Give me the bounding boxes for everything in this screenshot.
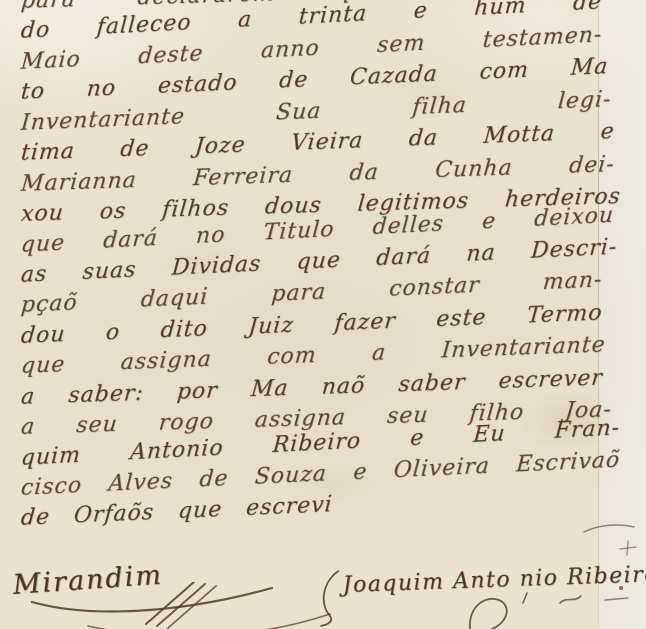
- word: que: [20, 355, 66, 379]
- word: da: [408, 128, 439, 151]
- word: filha: [411, 95, 467, 119]
- word: Termo: [526, 303, 603, 328]
- word: a: [20, 387, 36, 410]
- signature-right-name: Joaquim Anto nio Ribeiro: [342, 554, 646, 598]
- word: deste: [137, 44, 204, 69]
- word: sem: [376, 33, 426, 57]
- word: Cunha: [434, 158, 513, 183]
- word: delles: [372, 213, 445, 239]
- word: Ma: [250, 378, 290, 401]
- word: quim: [20, 445, 82, 470]
- signature-left: Mirandim: [12, 560, 164, 601]
- word: Ribeiro: [272, 431, 362, 458]
- word: Joze: [194, 135, 247, 159]
- word: man-: [542, 270, 603, 295]
- word: tima: [20, 142, 76, 166]
- word: fazer: [333, 311, 396, 336]
- word: anno: [260, 38, 320, 63]
- word: trinta: [298, 4, 368, 30]
- word: Maio: [20, 49, 82, 74]
- word: constar: [388, 276, 480, 302]
- word: da: [348, 162, 379, 185]
- word: a: [371, 343, 387, 366]
- word: dará: [102, 228, 158, 253]
- manuscript-page: paradeclararemquedofalleceoatrintaehumde…: [0, 0, 646, 629]
- word: daqui: [140, 288, 209, 313]
- word: to: [20, 82, 46, 105]
- word: Oliveira: [393, 456, 491, 483]
- signature-right: Joaquim Anto nio Ribeiro: [316, 554, 646, 628]
- word: suas: [82, 260, 137, 285]
- word: e: [413, 1, 429, 24]
- word: escrevi: [245, 495, 333, 521]
- word: a: [20, 417, 36, 439]
- word: pçaõ: [20, 293, 78, 318]
- word: Ma: [570, 57, 609, 81]
- word: Descri-: [530, 237, 618, 263]
- word: Orfaõs: [73, 503, 155, 529]
- word: para: [270, 282, 327, 306]
- word: Eu: [472, 423, 506, 447]
- word: legi-: [557, 89, 612, 113]
- word: e: [481, 211, 497, 234]
- word: e: [600, 122, 616, 145]
- word: de: [278, 70, 309, 93]
- word: do: [20, 20, 51, 44]
- word: de: [20, 508, 51, 531]
- word: por: [176, 381, 219, 404]
- word: e: [352, 462, 368, 485]
- word: dito: [160, 319, 209, 343]
- word: com: [479, 60, 530, 84]
- word: saber:: [67, 383, 144, 408]
- word: de: [572, 0, 603, 16]
- word: saber: [397, 372, 466, 396]
- word: de: [199, 469, 230, 492]
- word: Vieira: [290, 131, 364, 156]
- word: com: [266, 346, 317, 370]
- word: a: [237, 10, 253, 33]
- manuscript-lines: paradeclararemquedofalleceoatrintaehumde…: [20, 0, 620, 531]
- signature-j-swash-icon: [316, 569, 344, 628]
- word: Fran-: [554, 418, 621, 443]
- signature-left-name: Mirandim: [12, 560, 164, 601]
- word: dará: [375, 246, 431, 271]
- word: estado: [157, 73, 238, 99]
- word: deixou: [533, 205, 614, 231]
- word: assigna: [120, 350, 213, 375]
- word: Titulo: [263, 219, 336, 245]
- word: naõ: [321, 376, 366, 400]
- word: que: [20, 233, 66, 257]
- word: no: [195, 224, 226, 248]
- word: Escrivaõ: [515, 450, 621, 477]
- word: na: [466, 243, 497, 266]
- word: Alves: [108, 471, 174, 496]
- word: Souza: [254, 464, 328, 490]
- word: que: [177, 500, 223, 524]
- word: hum: [473, 0, 527, 21]
- word: Inventariante: [441, 335, 607, 363]
- word: o: [105, 322, 121, 345]
- word: escrever: [498, 368, 604, 394]
- word: de: [119, 139, 150, 162]
- word: Sua: [275, 101, 322, 125]
- word: as: [20, 264, 48, 287]
- word: no: [86, 78, 117, 101]
- word: xou: [20, 203, 65, 226]
- word: dou: [20, 324, 66, 348]
- word: Motta: [483, 124, 556, 149]
- word: Cazada: [349, 64, 439, 90]
- ink-dot: [619, 586, 623, 590]
- word: Juiz: [247, 315, 294, 339]
- word: Ferreira: [192, 165, 294, 190]
- word: este: [435, 307, 487, 331]
- word: e: [409, 427, 425, 450]
- word: dei-: [568, 154, 616, 178]
- word: que: [296, 250, 342, 274]
